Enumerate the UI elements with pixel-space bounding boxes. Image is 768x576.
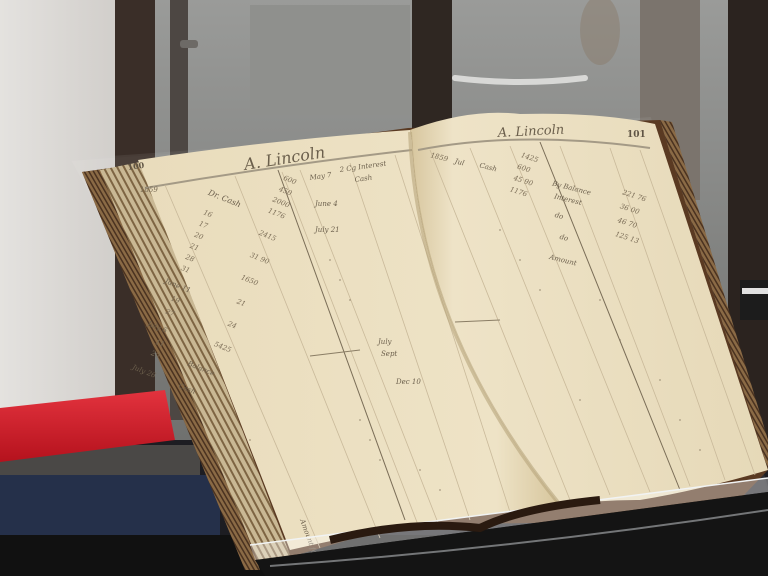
scene-illustration: A. Lincoln A. Lincoln 100 101 1859 Dr. C… xyxy=(0,0,768,576)
svg-text:Sept: Sept xyxy=(381,350,397,358)
museum-ledger-photo: A. Lincoln A. Lincoln 100 101 1859 Dr. C… xyxy=(0,0,768,576)
svg-text:June 4: June 4 xyxy=(313,200,338,208)
right-page-number: 101 xyxy=(627,130,646,140)
svg-text:Dec 10: Dec 10 xyxy=(395,378,421,386)
svg-text:July: July xyxy=(376,338,393,346)
left-row-label: 1859 xyxy=(140,186,158,194)
svg-text:July 21: July 21 xyxy=(313,226,340,234)
